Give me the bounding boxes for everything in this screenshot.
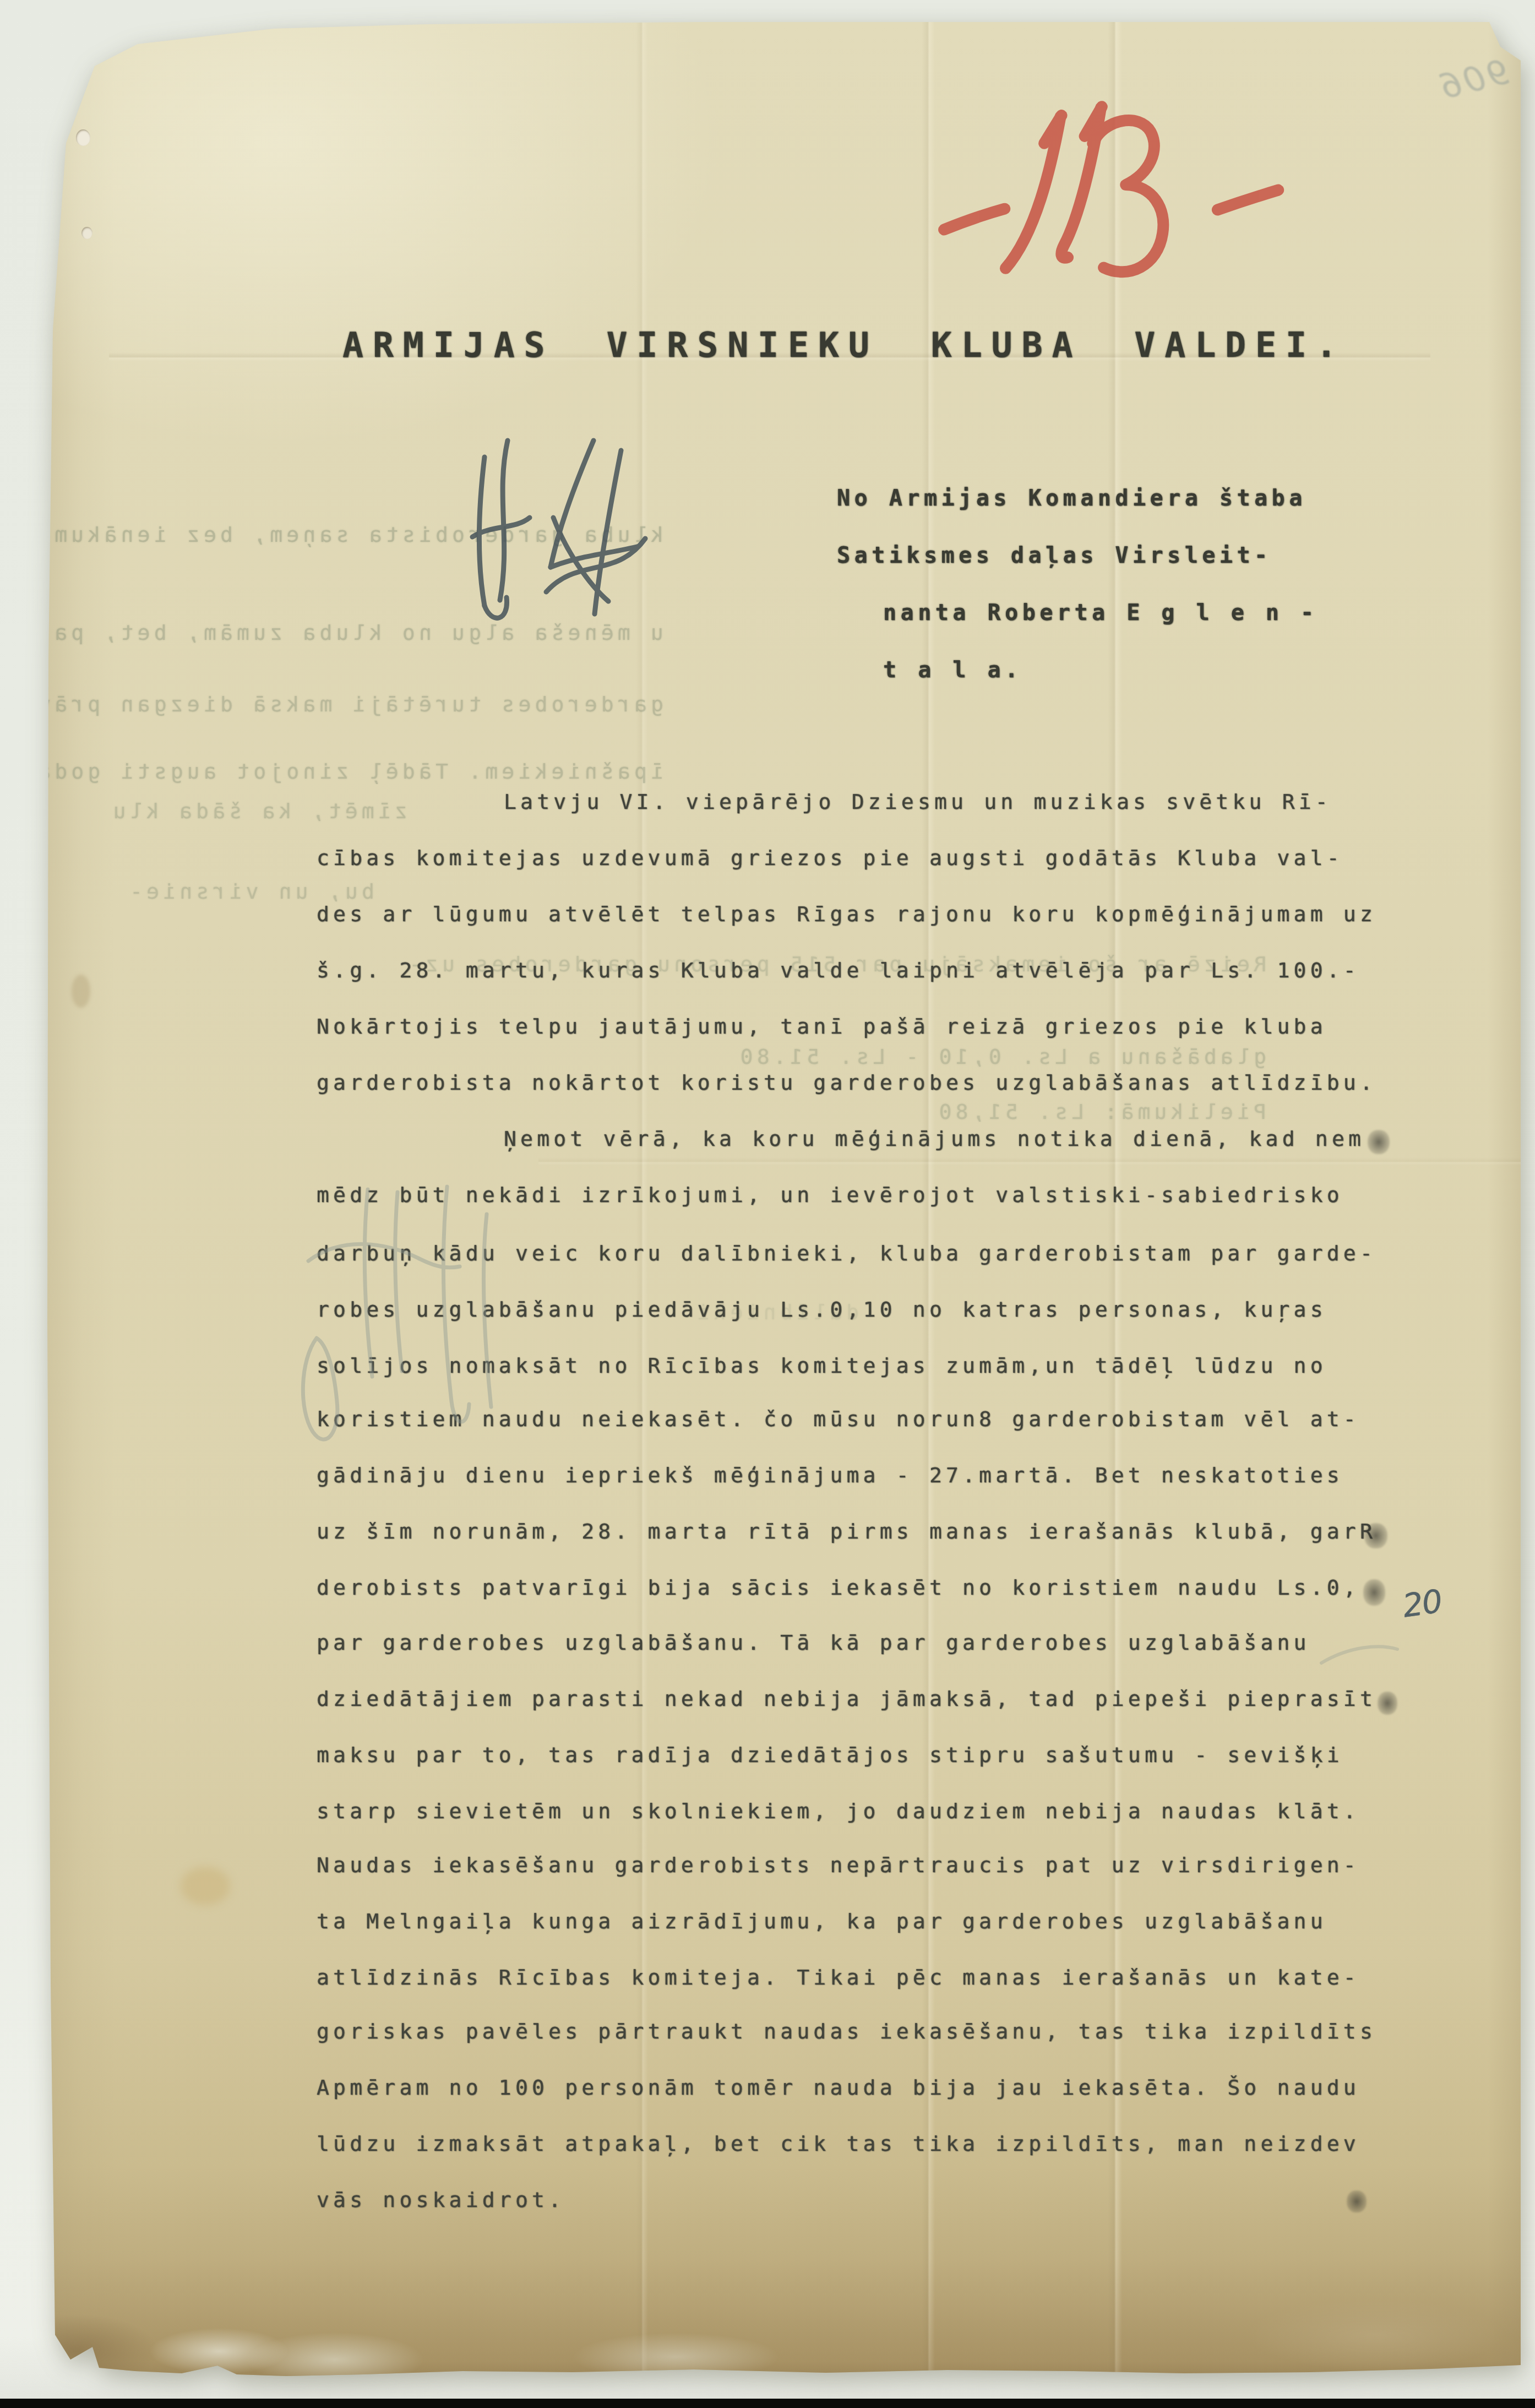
typed-line: starp sievietēm un skolniekiem, jo daudz…	[317, 1800, 1360, 1824]
typed-line: Naudas iekasēšanu garderobists nepārtrau…	[317, 1853, 1360, 1878]
typed-line: cības komitejas uzdevumā griezos pie aug…	[317, 846, 1343, 871]
typed-line: lūdzu izmaksāt atpakaļ, bet cik tas tika…	[317, 2132, 1360, 2156]
typed-line: uz šīm norunām, 28. marta rītā pirms man…	[317, 1520, 1376, 1544]
typed-line: par garderobes uzglabāšanu. Tā kā par ga…	[317, 1631, 1310, 1655]
scan-bottom-bar	[0, 2399, 1535, 2408]
overstrike-mark	[1364, 1523, 1387, 1548]
typed-line: š.g. 28. martu, kuras Kluba valde laipni…	[317, 959, 1360, 983]
bleedthrough-line: bu, un virsnie-	[44, 880, 374, 904]
typed-line: maksu par to, tas radīja dziedātājos sti…	[317, 1743, 1343, 1768]
paper-hole	[76, 129, 90, 146]
horizontal-crease	[538, 1157, 1521, 1165]
typed-line: Apmēram no 100 personām tomēr nauda bija…	[317, 2076, 1360, 2100]
bleedthrough-line: glabāšanu a Ls. 0,10 - Ls. 51.80	[639, 1045, 1266, 1069]
typed-line: garderobista nokārtot koristu garderobes…	[317, 1071, 1376, 1095]
paper-shadow-wrap: kluba garderobista saņem, bez ienākumie …	[0, 0, 1535, 2408]
letter-page: kluba garderobista saņem, bez ienākumie …	[43, 22, 1521, 2379]
ink-amount-correction: 20	[1401, 1582, 1444, 1624]
bleedthrough-line: Pielikumā: Ls. 51,80	[826, 1100, 1266, 1124]
margin-pencil-scribble	[286, 1167, 672, 1476]
pencil-tick	[1310, 1630, 1420, 1685]
typed-line: Latvju VI. viepārējo Dziesmu un muzikas …	[504, 790, 1332, 814]
typed-line: vās noskaidrot.	[317, 2188, 565, 2213]
scanned-letter-screenshot: kluba garderobista saņem, bez ienākumie …	[0, 0, 1535, 2408]
bleedthrough-line: īpašniekiem. Tādēļ zinojot augsti godā-	[22, 760, 663, 784]
overstrike-mark	[1368, 1130, 1390, 1154]
bleedthrough-line: zīmēt, ka šāda klu	[44, 800, 407, 824]
typed-line: dziedātājiem parasti nekad nebija jāmaks…	[317, 1687, 1376, 1711]
overstrike-mark	[1347, 2190, 1367, 2213]
overstrike-mark	[1363, 1579, 1385, 1606]
overstrike-mark	[1378, 1692, 1397, 1715]
typed-line: Nokārtojis telpu jautājumu, tanī pašā re…	[317, 1015, 1327, 1039]
sender-line: Satiksmes daļas Virsleit-	[837, 543, 1272, 568]
ink-registry-scribble	[451, 418, 683, 650]
document-title: ARMIJAS VIRSNIEKU KLUBA VALDEI.	[342, 325, 1346, 365]
edge-damage	[72, 975, 90, 1008]
typed-line: ta Melngaiļa kunga aizrādījumu, ka par g…	[317, 1910, 1327, 1934]
typed-line: atlīdzinās Rīcības komiteja. Tikai pēc m…	[317, 1966, 1360, 1990]
bottom-stain-band	[43, 2258, 1521, 2379]
sender-line: No Armijas Komandiera štaba	[837, 486, 1307, 511]
typed-line: goriskas pavēles pārtraukt naudas iekasē…	[317, 2020, 1376, 2044]
paper-hole	[81, 227, 92, 239]
typed-line: des ar lūgumu atvēlēt telpas Rīgas rajon…	[317, 903, 1376, 927]
sender-line: t a l a.	[883, 657, 1022, 683]
stain-spot	[181, 1867, 230, 1905]
sender-line: nanta Roberta E g l e n -	[883, 600, 1318, 626]
red-page-number-113	[903, 89, 1299, 307]
typed-line: Ņemot vērā, ka koru mēģinājums notika di…	[504, 1127, 1365, 1151]
typed-line: derobists patvarīgi bija sācis iekasēt n…	[317, 1576, 1360, 1600]
bleedthrough-line: garderobes turētāji maksā diezgan prāvas	[22, 693, 663, 717]
